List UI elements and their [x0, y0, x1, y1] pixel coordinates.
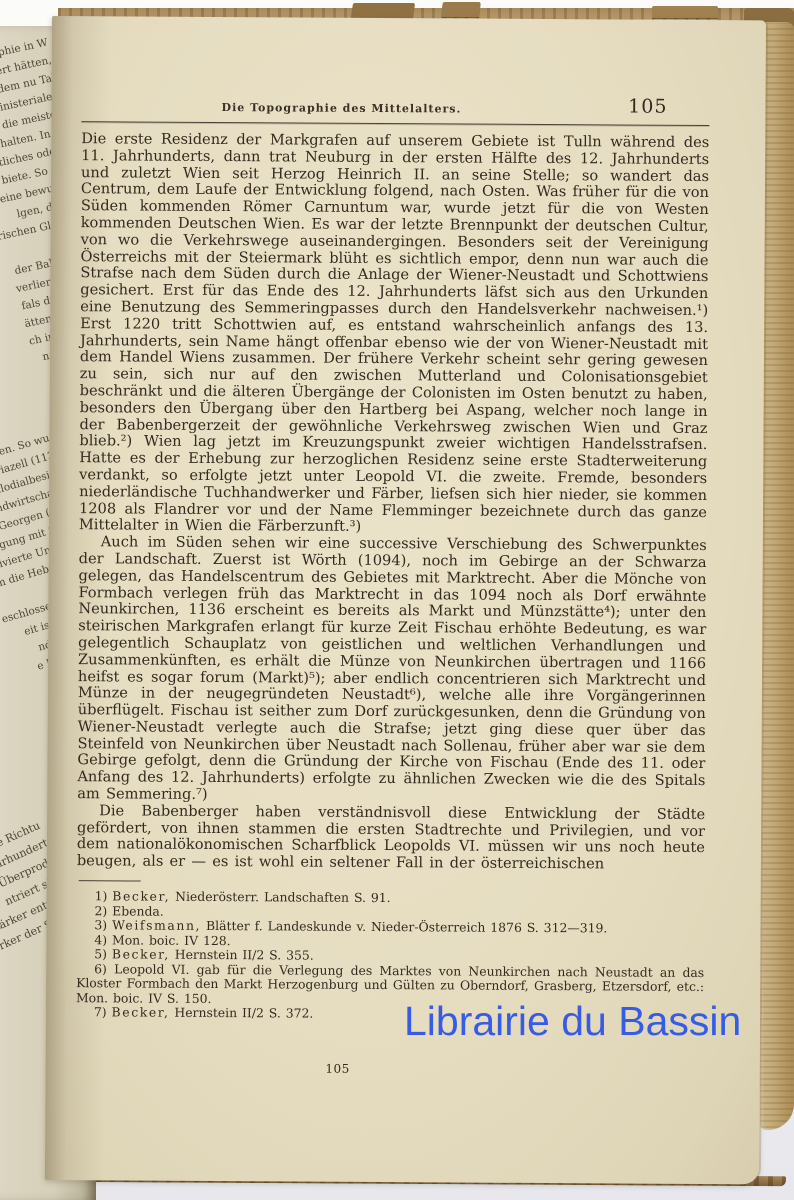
footnote-number: 7) — [94, 1004, 107, 1019]
footnote-author: Becker, — [112, 946, 170, 961]
paragraph: Die Babenberger haben verständnisvoll di… — [77, 803, 705, 874]
page-edge-tab — [441, 2, 481, 17]
footnote-number: 4) — [94, 932, 107, 947]
paragraph: Auch im Süden sehen wir eine successive … — [77, 534, 707, 807]
page-edge-tab — [652, 6, 718, 18]
fore-edge-page-stack — [760, 22, 794, 1130]
footnote-number: 5) — [94, 946, 107, 961]
footnote-text: Hernstein II/2 S. 355. — [170, 947, 314, 963]
footnote-text: Mon. boic. IV 128. — [112, 932, 231, 948]
footnote-author: Becker, — [112, 888, 170, 903]
footnote-number: 2) — [94, 903, 107, 918]
footnote-author: Weifsmann, — [112, 917, 201, 933]
page-number: 105 — [628, 96, 667, 118]
book-photo: der Topographie in W ruiniert hätten, s … — [0, 0, 794, 1200]
footnote-author: Becker, — [112, 1004, 170, 1019]
footnote-number: 1) — [95, 888, 108, 903]
footnote-text: Niederösterr. Landschaften S. 91. — [170, 889, 390, 905]
footnote-text: Blätter f. Landeskunde v. Nieder-Österre… — [201, 918, 607, 935]
body-text: Die erste Residenz der Markgrafen auf un… — [77, 131, 710, 874]
bookseller-watermark: Librairie du Bassin — [404, 998, 741, 1045]
paragraph: Die erste Residenz der Markgrafen auf un… — [79, 131, 709, 538]
page-edge-tab — [351, 3, 415, 18]
footnote-number: 6) — [94, 961, 107, 976]
footnote-text: Ebenda. — [112, 903, 164, 918]
footnote-text: Hernstein II/2 S. 372. — [169, 1005, 313, 1021]
footer-page-number: 105 — [24, 1060, 652, 1078]
footnote-number: 3) — [94, 917, 107, 932]
page-content: Die Topographie des Mittelalters. 105 Di… — [76, 94, 710, 1023]
footnote-separator — [79, 880, 141, 881]
running-head: Die Topographie des Mittelalters. 105 — [81, 94, 709, 125]
running-head-title: Die Topographie des Mittelalters. — [222, 101, 462, 115]
